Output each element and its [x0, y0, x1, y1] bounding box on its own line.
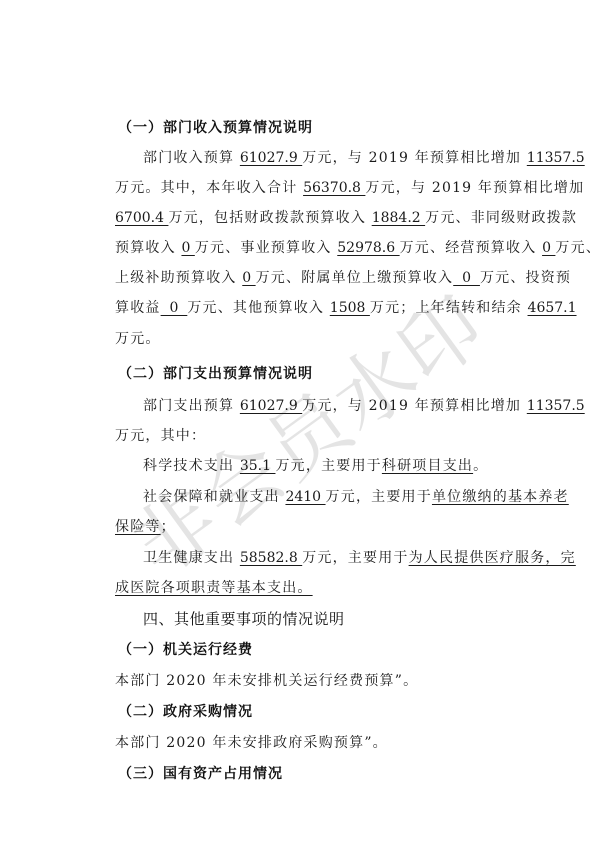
value-non-same-level-fiscal: 0: [181, 240, 194, 256]
text: 万元，主要用于: [302, 550, 408, 566]
expense-item-science: 科学技术支出 35.1 万元，主要用于科研项目支出。: [143, 455, 535, 477]
expense-item-social-security-cont: 保险等；: [115, 516, 535, 538]
income-line-5: 上级补助预算收入 0 万元、附属单位上缴预算收入 0 万元、投资预: [115, 267, 535, 289]
purpose-social-security: 单位缴纳的基本养老: [432, 489, 569, 505]
text: 万元，与 2019 年预算相比增加: [365, 180, 584, 196]
text: 万元，与 2019 年预算相比增加: [302, 150, 527, 166]
text: 万元，主要用于: [326, 489, 432, 505]
text: 万元、投资预: [480, 270, 571, 286]
document-page: 非会员水印 （一）部门收入预算情况说明 部门收入预算 61027.9 万元，与 …: [0, 0, 610, 863]
value-fiscal-appropriation: 1884.2: [372, 210, 425, 226]
text: 上级补助预算收入: [115, 270, 242, 286]
text: 万元、事业预算收入: [195, 240, 337, 256]
expense-item-health-cont: 成医院各项职责等基本支出。: [115, 577, 535, 599]
text: 万元、其他预算收入: [187, 300, 329, 316]
text: 部门收入预算: [143, 150, 240, 166]
value-investment-income: 0: [161, 300, 188, 316]
text: 万元、附属单位上缴预算收入: [256, 270, 454, 286]
expense-line-2: 万元，其中：: [115, 425, 535, 447]
text: 算收益: [115, 300, 161, 316]
income-line-4: 预算收入 0 万元、事业预算收入 52978.6 万元、经营预算收入 0 万元、: [115, 237, 535, 259]
purpose-social-security-cont: 保险等: [115, 519, 161, 535]
income-line-1: 部门收入预算 61027.9 万元，与 2019 年预算相比增加 11357.5: [143, 147, 535, 169]
text: 万元，与 2019 年预算相比增加: [302, 398, 527, 414]
value-social-security-expense: 2410: [285, 489, 325, 505]
expense-item-health: 卫生健康支出 58582.8 万元，主要用于为人民提供医疗服务，完: [143, 547, 535, 569]
value-expense-increase: 11357.5: [527, 398, 585, 414]
heading-operating-expenses: （一）机关运行经费: [118, 639, 538, 661]
text: 万元，主要用于: [275, 458, 381, 474]
value-current-income-increase: 6700.4: [115, 210, 168, 226]
value-current-year-income: 56370.8: [303, 180, 365, 196]
purpose-health: 为人民提供医疗服务，完: [409, 550, 576, 566]
heading-government-procurement: （二）政府采购情况: [118, 701, 538, 723]
value-carryover-balance: 4657.1: [528, 300, 577, 316]
value-health-expense: 58582.8: [240, 550, 302, 566]
text: 。: [473, 458, 488, 474]
expense-item-social-security: 社会保障和就业支出 2410 万元，主要用于单位缴纳的基本养老: [143, 486, 535, 508]
expense-line-1: 部门支出预算 61027.9 万元，与 2019 年预算相比增加 11357.5: [143, 395, 535, 417]
value-income-increase: 11357.5: [527, 150, 585, 166]
value-total-income-budget: 61027.9: [240, 150, 302, 166]
value-superior-subsidy: 0: [242, 270, 255, 286]
value-business-income: 52978.6: [337, 240, 399, 256]
heading-expense-budget: （二）部门支出预算情况说明: [118, 363, 538, 385]
heading-income-budget: （一）部门收入预算情况说明: [118, 117, 538, 139]
income-line-7: 万元。: [115, 328, 535, 350]
value-affiliated-unit: 0: [453, 270, 480, 286]
value-other-income: 1508: [330, 300, 370, 316]
heading-state-assets: （三）国有资产占用情况: [118, 763, 538, 785]
text: 预算收入: [115, 240, 181, 256]
text: 科学技术支出: [143, 458, 240, 474]
text-operating-expenses: 本部门 2020 年未安排机关运行经费预算”。: [115, 670, 535, 692]
value-science-expense: 35.1: [240, 458, 276, 474]
text-government-procurement: 本部门 2020 年未安排政府采购预算”。: [115, 732, 535, 754]
income-line-6: 算收益 0 万元、其他预算收入 1508 万元；上年结转和结余 4657.1: [115, 297, 535, 319]
income-line-3: 6700.4 万元，包括财政拨款预算收入 1884.2 万元、非同级财政拨款: [115, 207, 535, 229]
text: 万元、经营预算收入: [400, 240, 542, 256]
text: 万元；上年结转和结余: [370, 300, 528, 316]
purpose-science: 科研项目支出: [382, 458, 473, 474]
purpose-health-cont: 成医院各项职责等基本支出。: [115, 580, 313, 596]
income-line-2: 万元。其中，本年收入合计 56370.8 万元，与 2019 年预算相比增加: [115, 177, 535, 199]
text: 万元、非同级财政拨款: [425, 210, 577, 226]
value-operating-income: 0: [542, 240, 555, 256]
heading-other-matters: 四、其他重要事项的情况说明: [143, 608, 563, 630]
text: 卫生健康支出: [143, 550, 240, 566]
text: 万元。其中，本年收入合计: [115, 180, 303, 196]
text: 社会保障和就业支出: [143, 489, 285, 505]
text: 万元、: [555, 240, 601, 256]
text: 万元，包括财政拨款预算收入: [168, 210, 371, 226]
text: 部门支出预算: [143, 398, 240, 414]
value-total-expense-budget: 61027.9: [240, 398, 302, 414]
text: ；: [161, 519, 176, 535]
